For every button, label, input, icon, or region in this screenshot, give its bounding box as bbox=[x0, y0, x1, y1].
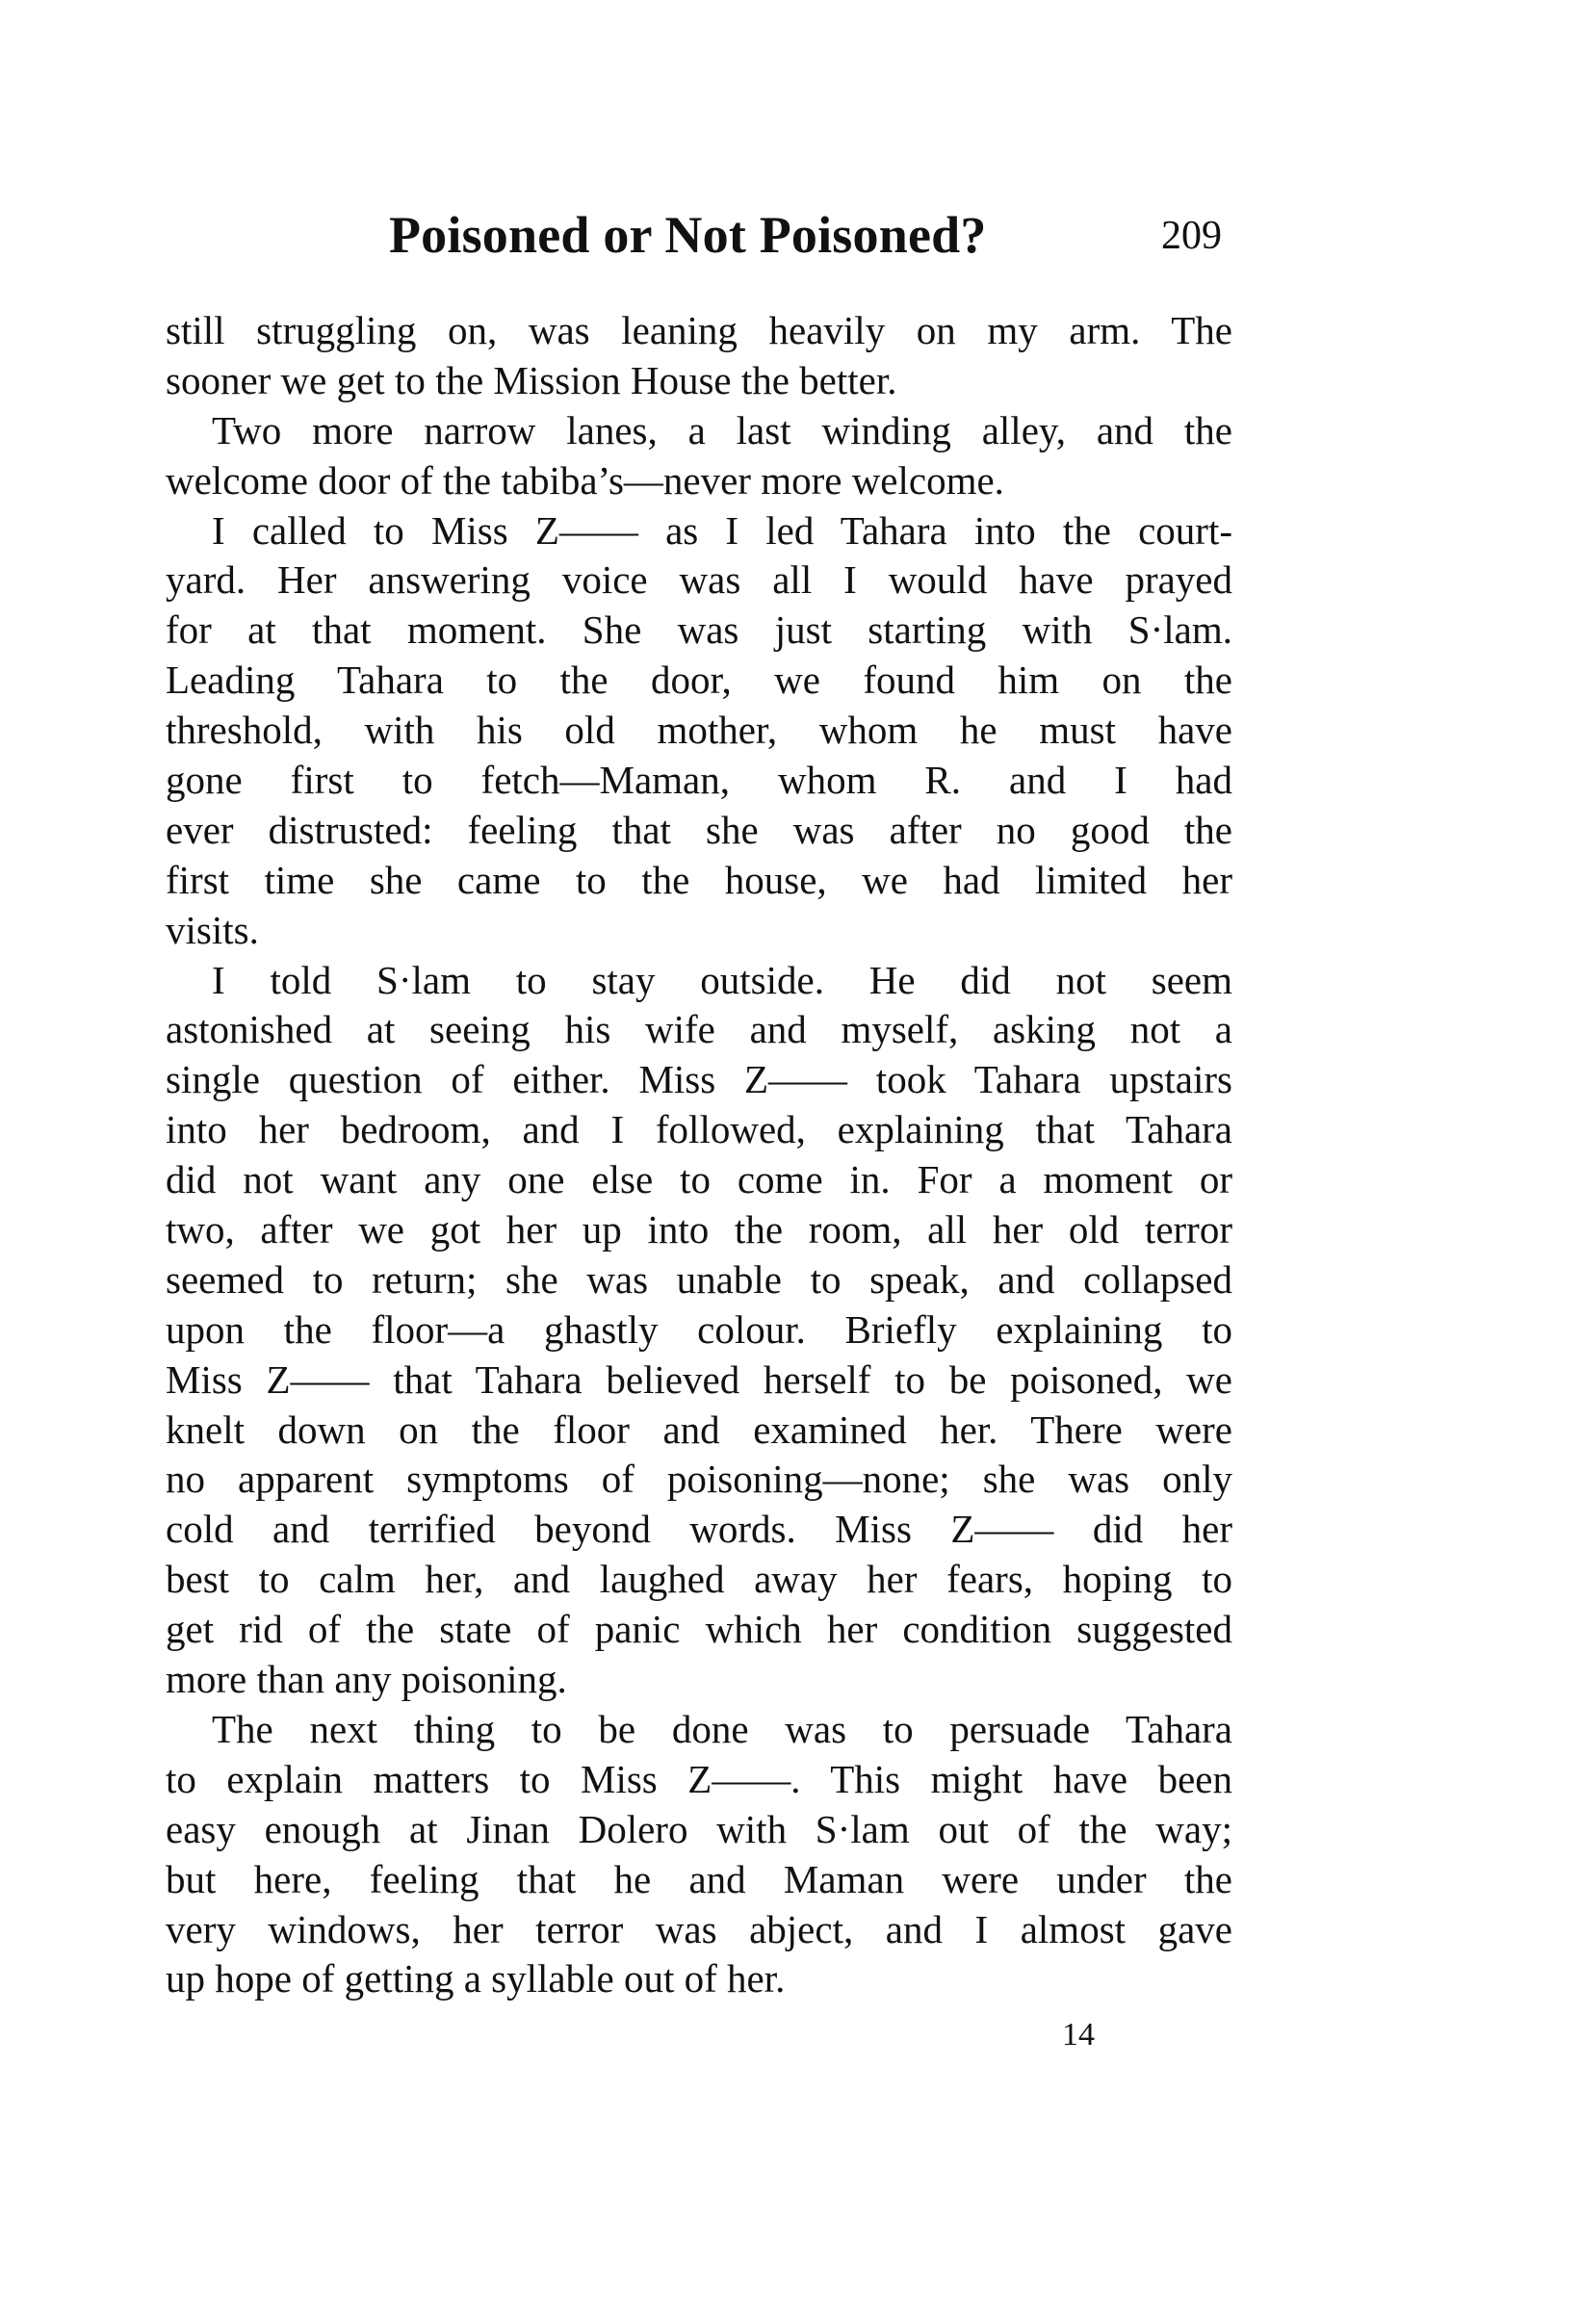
text-line: to explain matters to Miss Z——. This mig… bbox=[166, 1755, 1232, 1805]
text-line: Miss Z—— that Tahara believed herself to… bbox=[166, 1356, 1232, 1406]
text-line: up hope of getting a syllable out of her… bbox=[166, 1954, 1232, 2004]
text-line: into her bedroom, and I followed, explai… bbox=[166, 1105, 1232, 1155]
text-line: astonished at seeing his wife and myself… bbox=[166, 1005, 1232, 1055]
text-line: visits. bbox=[166, 906, 1232, 956]
page-number: 209 bbox=[1161, 212, 1238, 260]
text-line: upon the floor—a ghastly colour. Briefly… bbox=[166, 1305, 1232, 1356]
text-line: knelt down on the floor and examined her… bbox=[166, 1406, 1232, 1456]
text-line: no apparent symptoms of poisoning—none; … bbox=[166, 1455, 1232, 1505]
text-line: but here, feeling that he and Maman were… bbox=[166, 1855, 1232, 1905]
text-line: for at that moment. She was just startin… bbox=[166, 606, 1232, 656]
text-line: did not want any one else to come in. Fo… bbox=[166, 1155, 1232, 1205]
text-line: first time she came to the house, we had… bbox=[166, 856, 1232, 906]
text-line: single question of either. Miss Z—— took… bbox=[166, 1055, 1232, 1105]
book-page: Poisoned or Not Poisoned? 209 still stru… bbox=[0, 0, 1580, 2324]
text-line: easy enough at Jinan Dolero with S·lam o… bbox=[166, 1805, 1232, 1855]
text-line: Leading Tahara to the door, we found him… bbox=[166, 656, 1232, 706]
running-title: Poisoned or Not Poisoned? bbox=[389, 206, 1024, 264]
text-line: get rid of the state of panic which her … bbox=[166, 1605, 1232, 1655]
text-line: Two more narrow lanes, a last winding al… bbox=[166, 406, 1232, 456]
text-line: more than any poisoning. bbox=[166, 1655, 1232, 1705]
body-text: still struggling on, was leaning heavily… bbox=[166, 306, 1232, 2004]
text-line: welcome door of the tabiba’s—never more … bbox=[166, 456, 1232, 506]
text-line: gone first to fetch—Maman, whom R. and I… bbox=[166, 756, 1232, 806]
text-line: cold and terrified beyond words. Miss Z—… bbox=[166, 1505, 1232, 1555]
signature-mark: 14 bbox=[1062, 2016, 1095, 2054]
text-line: I told S·lam to stay outside. He did not… bbox=[166, 956, 1232, 1006]
text-line: very windows, her terror was abject, and… bbox=[166, 1905, 1232, 1955]
text-line: still struggling on, was leaning heavily… bbox=[166, 306, 1232, 356]
text-line: best to calm her, and laughed away her f… bbox=[166, 1555, 1232, 1605]
text-line: I called to Miss Z—— as I led Tahara int… bbox=[166, 506, 1232, 556]
text-line: two, after we got her up into the room, … bbox=[166, 1205, 1232, 1255]
text-line: The next thing to be done was to persuad… bbox=[166, 1705, 1232, 1755]
text-line: yard. Her answering voice was all I woul… bbox=[166, 555, 1232, 606]
text-line: threshold, with his old mother, whom he … bbox=[166, 706, 1232, 756]
text-line: ever distrusted: feeling that she was af… bbox=[166, 806, 1232, 856]
text-line: sooner we get to the Mission House the b… bbox=[166, 356, 1232, 406]
text-line: seemed to return; she was unable to spea… bbox=[166, 1255, 1232, 1305]
